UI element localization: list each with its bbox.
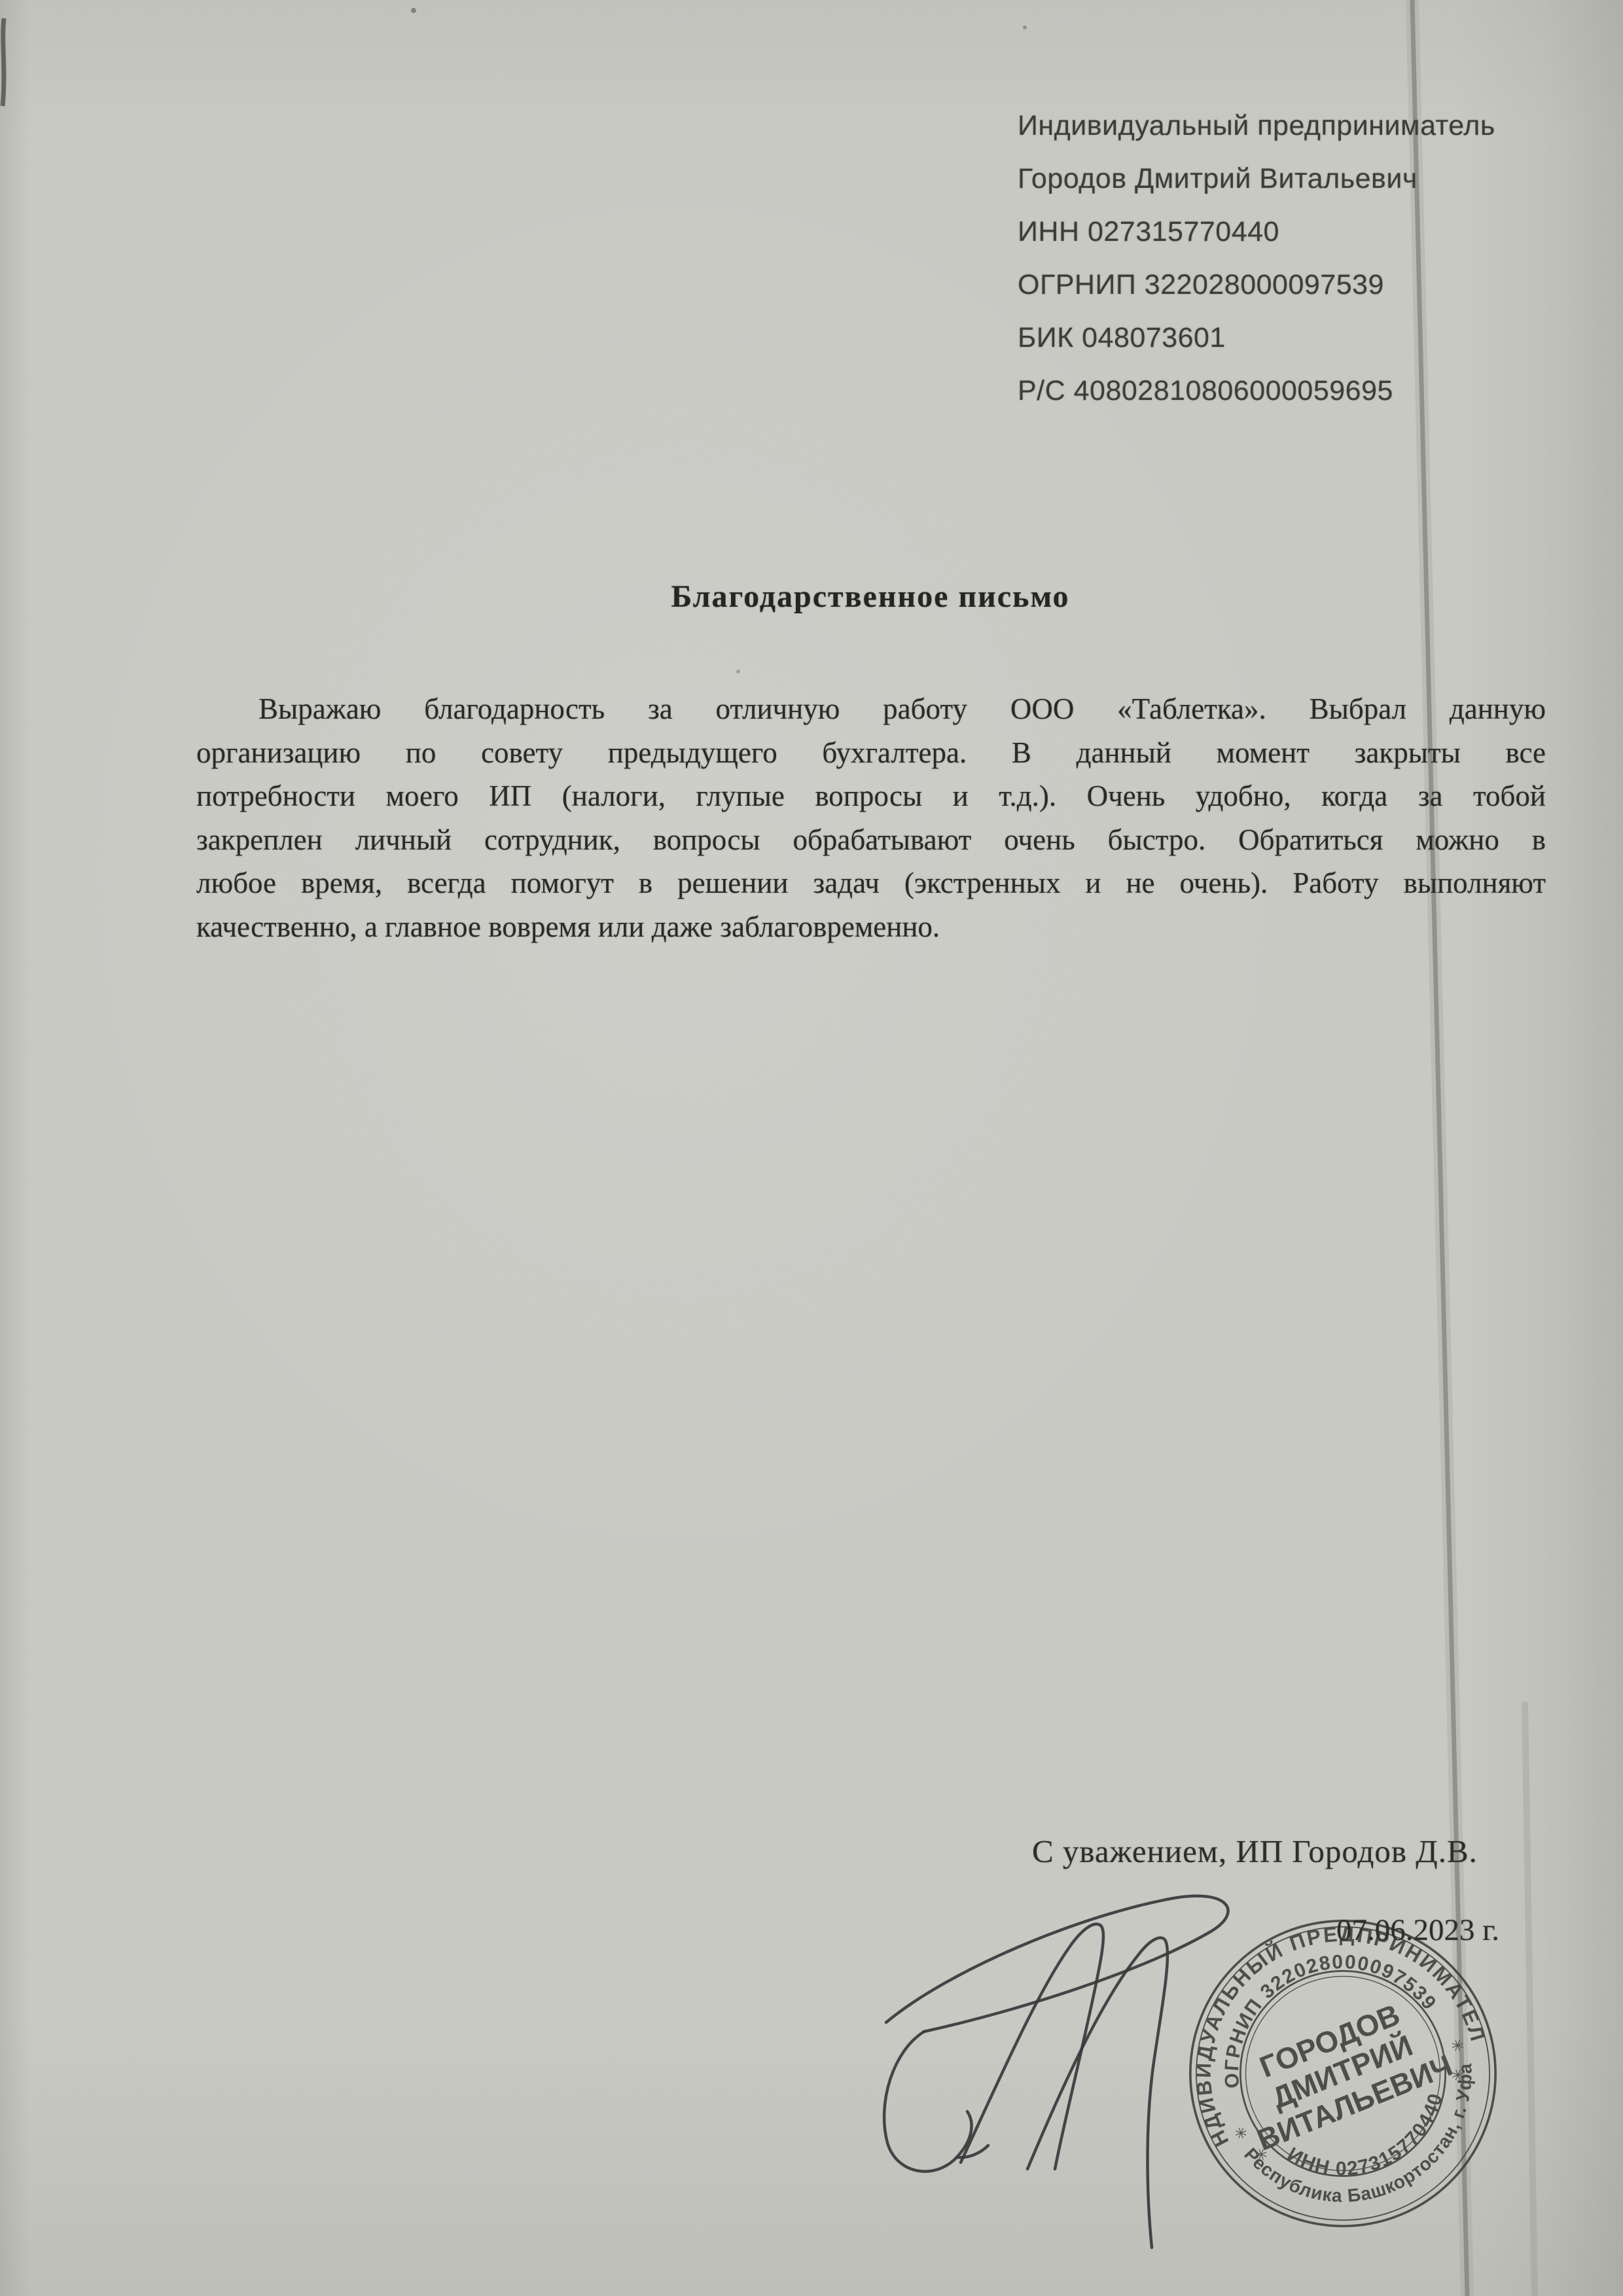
left-edge-mark — [3, 18, 4, 106]
signature-stroke — [1027, 1938, 1168, 2248]
body-line: потребности моего ИП (налоги, глупые воп… — [196, 774, 1546, 818]
sender-line-account: Р/С 40802810806000059695 — [1018, 365, 1495, 418]
letter-date: 07.06.2023 г. — [1336, 1912, 1499, 1948]
crease-secondary — [1525, 1702, 1535, 2296]
sender-line-ogrnip: ОГРНИП 322028000097539 — [1018, 259, 1495, 312]
signature-stroke — [884, 2032, 971, 2172]
sender-line-bik: БИК 048073601 — [1018, 312, 1495, 365]
sender-line-name: Городов Дмитрий Витальевич — [1018, 152, 1495, 206]
handwritten-signature — [864, 1851, 1283, 2283]
speck — [736, 670, 740, 673]
body-line: качественно, а главное вовремя или даже … — [196, 905, 1546, 949]
scanned-letter-page: Индивидуальный предприниматель Городов Д… — [0, 0, 1623, 2296]
sender-details-block: Индивидуальный предприниматель Городов Д… — [1018, 99, 1495, 418]
letter-body: Выражаю благодарность за отличную работу… — [196, 687, 1546, 948]
body-line: Выражаю благодарность за отличную работу… — [196, 687, 1546, 731]
speck — [411, 8, 416, 13]
speck — [1023, 26, 1027, 29]
body-line: организацию по совету предыдущего бухгал… — [196, 731, 1546, 775]
star-icon: ✳ — [1449, 2036, 1467, 2057]
sender-line-inn: ИНН 027315770440 — [1018, 206, 1495, 259]
body-line: любое время, всегда помогут в решении за… — [196, 861, 1546, 905]
letter-title: Благодарственное письмо — [589, 579, 1152, 615]
sender-line-entity: Индивидуальный предприниматель — [1018, 99, 1495, 152]
body-line: закреплен личный сотрудник, вопросы обра… — [196, 818, 1546, 862]
